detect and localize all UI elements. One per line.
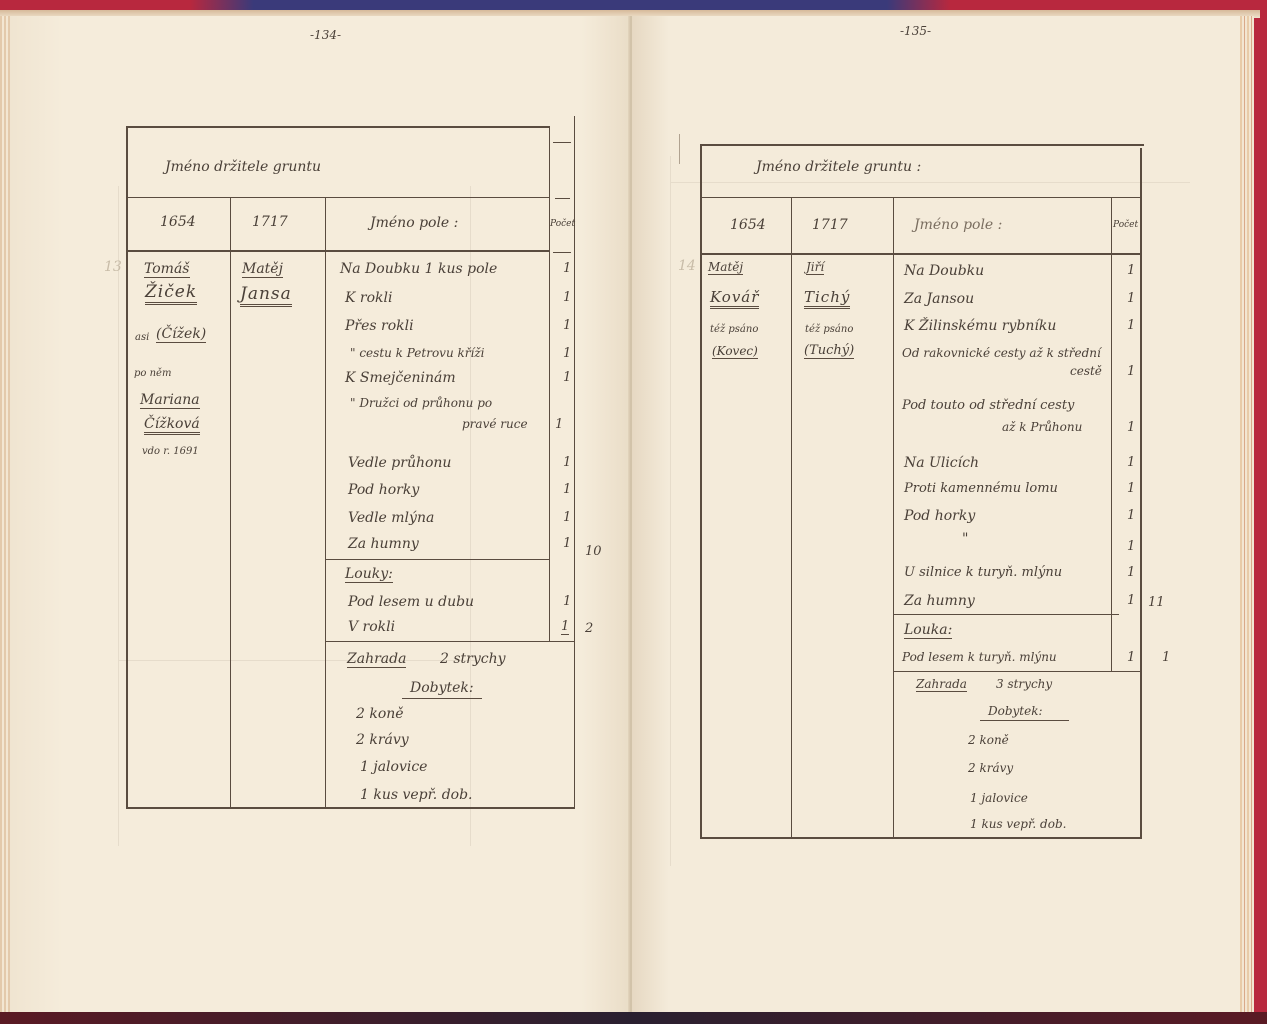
meadows-label: Louka: [904, 622, 952, 639]
field-count: 1 [563, 318, 571, 333]
meadow-name: Pod lesem u dubu [348, 594, 474, 610]
header-field-name: Jméno pole : [914, 217, 1002, 233]
holder-1654-successor-note: vdo r. 1691 [142, 446, 199, 457]
meadows-total: 2 [585, 621, 593, 636]
meadows-total: 1 [1162, 650, 1170, 665]
header-count: Počet [1113, 220, 1138, 230]
field-name: Na Doubku [904, 263, 984, 279]
holder-1654-alias: (Čížek) [156, 326, 206, 343]
field-name: " cestu k Petrovu kříži [350, 346, 485, 360]
meadows-label: Louky: [345, 566, 393, 583]
field-name: Za humny [904, 593, 975, 609]
field-count: 1 [1127, 291, 1135, 306]
garden-label: Zahrada [916, 677, 967, 692]
livestock-item: 1 jalovice [970, 791, 1028, 805]
livestock-item: 1 kus vepř. dob. [970, 817, 1066, 831]
livestock-item: 1 jalovice [360, 759, 427, 775]
livestock-item: 2 krávy [968, 761, 1013, 775]
field-count: 1 [1127, 508, 1135, 523]
field-name: K rokli [345, 290, 392, 306]
header-count: Počet [550, 219, 575, 229]
page-number: -134- [310, 28, 341, 42]
garden-value: 3 strychy [996, 677, 1052, 691]
field-count: 1 [1127, 539, 1135, 554]
field-count: 1 [563, 261, 571, 276]
holder-1654-surname: Žiček [145, 282, 197, 305]
field-count: 1 [555, 417, 563, 432]
field-name-continuation: až k Průhonu [1002, 420, 1082, 434]
holder-1717-surname: Tichý [804, 288, 850, 309]
field-name: K Žilinskému rybníku [904, 318, 1056, 334]
field-name: Pod touto od střední cesty [902, 398, 1074, 413]
field-name: Pod horky [904, 508, 975, 524]
field-name: " Družci od průhonu po [350, 396, 492, 410]
garden-value: 2 strychy [440, 651, 506, 667]
field-count: 1 [1127, 364, 1135, 379]
field-count: 1 [563, 536, 571, 551]
fields-total: 11 [1148, 595, 1165, 610]
field-count: 1 [1127, 318, 1135, 333]
field-name: Od rakovnické cesty až k střední [902, 346, 1101, 360]
holder-1654-successor-surname: Čížková [144, 416, 200, 435]
field-count: 1 [1127, 481, 1135, 496]
garden-label: Zahrada [347, 651, 406, 668]
meadow-count: 1 [561, 619, 569, 635]
holder-1654-surname: Kovář [710, 288, 759, 309]
page-edges-right [1240, 16, 1254, 1012]
fields-total: 10 [585, 544, 602, 559]
holder-1654-alias-prefix: též psáno [710, 324, 758, 335]
holder-1717-alias-prefix: též psáno [805, 324, 853, 335]
page-edges-left [0, 16, 10, 1012]
field-name: K Smejčeninám [345, 370, 456, 386]
table-title: Jméno držitele gruntu : [756, 159, 921, 175]
field-count: 1 [1127, 455, 1135, 470]
livestock-item: 2 koně [968, 733, 1009, 747]
table-title: Jméno držitele gruntu [165, 159, 321, 175]
field-count: 1 [563, 510, 571, 525]
field-count: 1 [563, 482, 571, 497]
holder-1717-alias: (Tuchý) [804, 343, 854, 359]
book-cover-bottom [0, 1012, 1267, 1024]
page-number: -135- [900, 24, 931, 38]
header-1717: 1717 [812, 217, 848, 233]
holder-1654-first-name: Tomáš [144, 261, 190, 278]
holder-1654-first-name: Matěj [708, 260, 743, 275]
field-name: Za humny [348, 536, 419, 552]
field-count: 1 [563, 455, 571, 470]
field-count: 1 [563, 370, 571, 385]
livestock-item: 1 kus vepř. dob. [360, 787, 473, 803]
row-number: 14 [678, 258, 696, 274]
field-name: Na Doubku 1 kus pole [340, 261, 497, 277]
field-name: Pod horky [348, 482, 419, 498]
field-name: Proti kamennému lomu [904, 481, 1058, 496]
field-name-continuation: pravé ruce [462, 417, 528, 431]
header-1654: 1654 [160, 214, 196, 230]
field-count: 1 [563, 290, 571, 305]
header-1717: 1717 [252, 214, 288, 230]
field-count: 1 [1127, 565, 1135, 580]
left-page: -134- Jméno držitele gruntu 1654 1717 Jm… [0, 16, 632, 1012]
field-name: Přes rokli [345, 318, 414, 334]
holder-1717-first-name: Matěj [242, 261, 283, 278]
holder-1654-alias: (Kovec) [712, 344, 758, 359]
book-cover-right [1253, 0, 1267, 1024]
row-number: 13 [104, 259, 122, 275]
livestock-label: Dobytek: [980, 704, 1069, 721]
field-count: 1 [563, 346, 571, 361]
field-count: 1 [1127, 593, 1135, 608]
field-name: Na Ulicích [904, 455, 979, 471]
field-name: Za Jansou [904, 291, 974, 307]
livestock-item: 2 koně [356, 706, 404, 722]
holder-1717-surname: Jansa [240, 284, 292, 307]
holder-1717-first-name: Jiří [806, 260, 824, 275]
meadow-count: 1 [1127, 650, 1135, 665]
holder-1654-after-note: po něm [134, 368, 171, 379]
header-field-name: Jméno pole : [370, 215, 458, 231]
field-name: U silnice k turyň. mlýnu [904, 565, 1062, 580]
meadow-name: Pod lesem k turyň. mlýnu [902, 650, 1057, 664]
livestock-item: 2 krávy [356, 732, 409, 748]
field-name-continuation: cestě [1070, 364, 1102, 378]
field-name: Vedle průhonu [348, 455, 451, 471]
field-count: 1 [1127, 420, 1135, 435]
field-name: " [962, 531, 968, 547]
meadow-name: V rokli [348, 619, 395, 635]
livestock-label: Dobytek: [402, 680, 482, 699]
field-count: 1 [1127, 263, 1135, 278]
field-name: Vedle mlýna [348, 510, 434, 526]
holder-1654-alias-prefix: asi [135, 332, 149, 343]
meadow-count: 1 [563, 594, 571, 609]
header-1654: 1654 [730, 217, 766, 233]
holder-1654-successor-first: Mariana [140, 392, 200, 409]
right-page: -135- Jméno držitele gruntu : 1654 1717 … [632, 16, 1246, 1012]
